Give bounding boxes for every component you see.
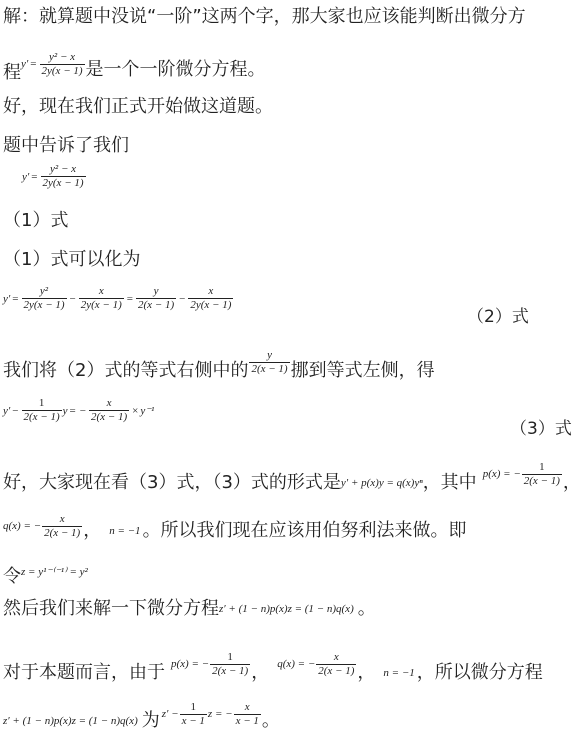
formula-eq3: y′− 1 2(x − 1) y =− x 2(x − 1) × y⁻¹ (3, 398, 154, 423)
text-start: 好，现在我们正式开始做这道题。 (3, 96, 273, 118)
text-move-post: 挪到等式左侧，得 (291, 360, 435, 382)
formula-eq1-body: y′= y² − x 2y(x − 1) (22, 164, 87, 189)
formula-z-equation: z′ + (1 − n)p(x)z = (1 − n)q(x) (219, 598, 354, 620)
formula-qx: q(x) = − x 2(x − 1) (3, 514, 83, 539)
equation-label-3: （3）式 (510, 414, 572, 439)
fraction: 1 2(x − 1) (522, 462, 562, 487)
formula-px: p(x) = − 1 2(x − 1) (483, 462, 563, 487)
text-apply-pre: 对于本题而言，由于 (3, 662, 165, 684)
fraction: x 2y(x − 1) (188, 286, 233, 311)
paragraph-simplify: （1）式可以化为 (3, 249, 140, 271)
paragraph-given: 题中告诉了我们 (3, 135, 129, 157)
equation-label-1: （1）式 (3, 210, 68, 232)
fraction: x 2(x − 1) (42, 514, 82, 539)
text-solve: 然后我们来解一下微分方程 (3, 598, 219, 620)
text-cheng: 程 (3, 62, 21, 84)
fraction: y 2(x − 1) (136, 286, 176, 311)
paragraph-form: 好，大家现在看（3）式，（3）式的形式是 y′ + p(x)y = q(x)yⁿ… (3, 458, 581, 494)
paragraph-intro-line2: 程 y′= y² − x 2y(x − 1) 是一个一阶微分方程。 (3, 50, 266, 84)
paragraph-result: z′ + (1 − n)p(x)z = (1 − n)q(x) 为 z′ − 1… (3, 696, 280, 732)
fraction: 1 2(x − 1) (22, 398, 62, 423)
text-period: 。 (358, 598, 376, 620)
fraction: x x − 1 (234, 702, 261, 727)
paragraph-let: 令 z = y¹⁻⁽⁻¹⁾ = y² (3, 560, 88, 588)
formula-eq1: y′= y² − x 2y(x − 1) (22, 164, 87, 189)
text-given: 题中告诉了我们 (3, 135, 129, 157)
fraction: x 2y(x − 1) (79, 286, 124, 311)
fraction: x 2(x − 1) (316, 652, 356, 677)
formula-px: p(x) = − 1 2(x − 1) (171, 652, 251, 677)
paragraph-solve: 然后我们来解一下微分方程 z′ + (1 − n)p(x)z = (1 − n)… (3, 598, 376, 620)
formula-n-value: n = −1 (383, 662, 414, 684)
fraction: y 2(x − 1) (249, 350, 289, 375)
text-move-pre: 我们将（2）式的等式右侧中的 (3, 360, 248, 382)
text-apply-post: ，所以微分方程 (417, 662, 543, 684)
formula-eq2-body: y′= y² 2y(x − 1) − x 2y(x − 1) = y 2(x −… (3, 286, 234, 311)
intro-text: 解：就算题中没说“一阶”这两个字，那大家也应该能判断出微分方 (3, 6, 526, 28)
fraction: x 2(x − 1) (89, 398, 129, 423)
text-form-pre: 好，大家现在看（3）式，（3）式的形式是 (3, 472, 341, 494)
paragraph-apply: 对于本题而言，由于 p(x) = − 1 2(x − 1) ， q(x) = −… (3, 648, 543, 684)
text-comma: ， (83, 520, 101, 542)
formula-z-def: z = y¹⁻⁽⁻¹⁾ = y² (21, 561, 88, 583)
fraction: y² 2y(x − 1) (22, 286, 67, 311)
paragraph-qx: q(x) = − x 2(x − 1) ， n = −1 。所以我们现在应该用伯… (3, 510, 467, 542)
fraction: y² − x 2y(x − 1) (41, 164, 86, 189)
formula-eq2: y′= y² 2y(x − 1) − x 2y(x − 1) = y 2(x −… (3, 286, 234, 311)
text-let: 令 (3, 566, 21, 588)
formula-eq1-inline: y′= y² − x 2y(x − 1) (21, 52, 86, 77)
paragraph-start: 好，现在我们正式开始做这道题。 (3, 96, 273, 118)
document-page: 解：就算题中没说“一阶”这两个字，那大家也应该能判断出微分方 程 y′= y² … (0, 0, 583, 735)
text-form-mid: ，其中 (423, 472, 477, 494)
formula-eq3-body: y′− 1 2(x − 1) y =− x 2(x − 1) × y⁻¹ (3, 398, 154, 423)
text-simplify: （1）式可以化为 (3, 249, 140, 271)
text-bernoulli: 。所以我们现在应该用伯努利法来做。即 (143, 520, 467, 542)
paragraph-intro-line1: 解：就算题中没说“一阶”这两个字，那大家也应该能判断出微分方 (3, 6, 526, 28)
text-comma: ， (563, 472, 581, 494)
formula-qx: q(x) = − x 2(x − 1) (277, 652, 357, 677)
text-comma: ， (357, 662, 375, 684)
fraction: 1 2(x − 1) (210, 652, 250, 677)
formula-z-equation: z′ + (1 − n)p(x)z = (1 − n)q(x) (3, 710, 138, 732)
formula-bernoulli-form: y′ + p(x)y = q(x)yⁿ (341, 472, 423, 494)
fraction: y² − x 2y(x − 1) (40, 52, 85, 77)
formula-result: z′ − 1 x − 1 z = − x x − 1 (162, 702, 262, 727)
formula-n-value: n = −1 (109, 520, 140, 542)
text-becomes: 为 (142, 710, 160, 732)
fraction: 1 x − 1 (180, 702, 207, 727)
text-period: 。 (262, 710, 280, 732)
equation-label-2: （2）式 (467, 302, 529, 327)
text-statement: 是一个一阶微分方程。 (86, 59, 266, 81)
text-comma: ， (251, 662, 269, 684)
paragraph-move: 我们将（2）式的等式右侧中的 y 2(x − 1) 挪到等式左侧，得 (3, 346, 435, 382)
formula-inline-y-frac: y 2(x − 1) (248, 350, 290, 375)
text-eq1-label: （1）式 (3, 210, 68, 232)
